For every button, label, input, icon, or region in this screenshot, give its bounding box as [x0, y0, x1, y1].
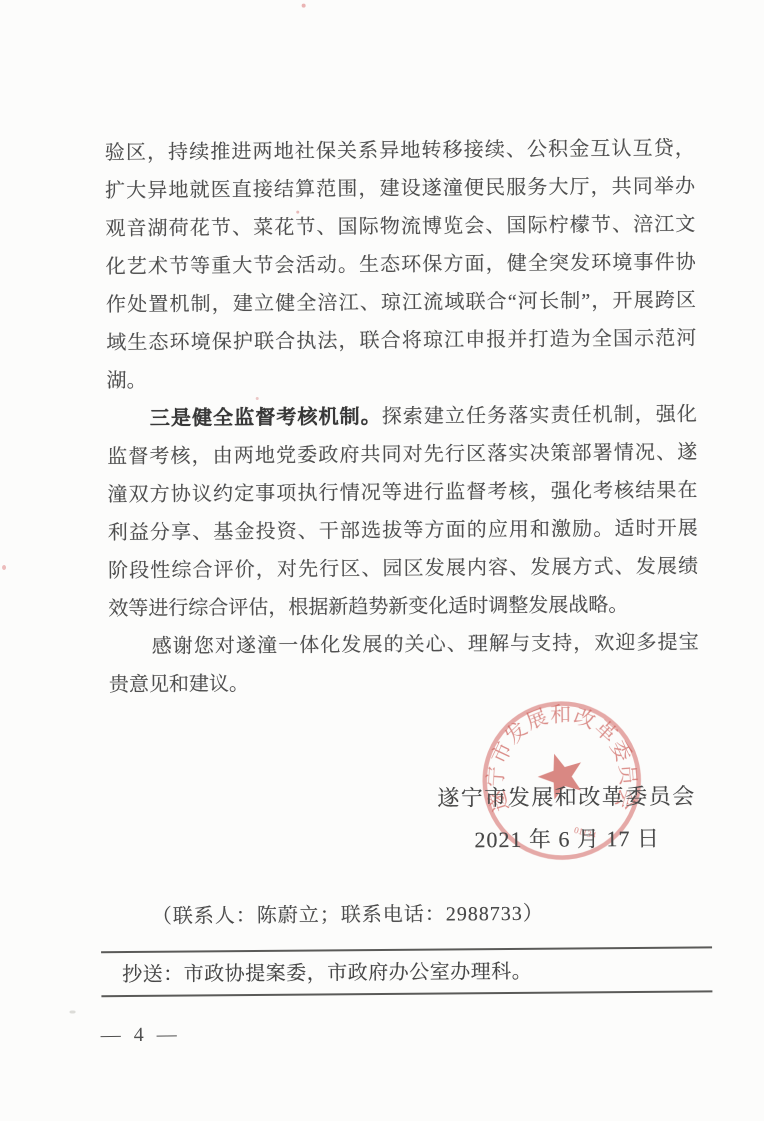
- body-line: 验区，持续推进两地社保关系异地转移接续、公积金互认互贷，: [105, 130, 695, 173]
- body-line: 利益分享、基金投资、干部选拔等方面的应用和激励。适时开展: [108, 510, 698, 553]
- contact-line: （联系人：陈蔚立；联系电话：2988733）: [152, 898, 544, 933]
- page-content: 验区，持续推进两地社保关系异地转移接续、公积金互认互贷，扩大异地就医直接结算范围…: [0, 0, 764, 1121]
- body-line: 效等进行综合评估，根据新趋势新变化适时调整发展战略。: [108, 586, 698, 629]
- paragraph-lead-bold: 三是健全监督考核机制。: [150, 406, 382, 430]
- signature-date: 2021 年 6 月 17 日: [432, 823, 702, 855]
- scanned-document-page: 验区，持续推进两地社保关系异地转移接续、公积金互认互贷，扩大异地就医直接结算范围…: [0, 0, 764, 1121]
- scan-speck: [296, 211, 299, 214]
- document-body: 验区，持续推进两地社保关系异地转移接续、公积金互认互贷，扩大异地就医直接结算范围…: [105, 130, 699, 705]
- body-line: 化艺术节等重大节会活动。生态环保方面，健全突发环境事件协: [106, 244, 696, 287]
- signature-agency: 遂宁市发展和改革委员会: [110, 782, 696, 817]
- body-line: 湖。: [106, 358, 696, 401]
- page-number: — 4 —: [101, 1021, 181, 1050]
- body-line: 监督考核，由两地党委政府共同对先行区落实决策部署情况、遂: [107, 434, 697, 477]
- footer-divider-bottom: [101, 990, 712, 997]
- body-line: 扩大异地就医直接结算范围，建设遂潼便民服务大厅，共同举办: [105, 168, 695, 211]
- body-line: 感谢您对遂潼一体化发展的关心、理解与支持，欢迎多提宝: [109, 624, 699, 667]
- scan-speck: [70, 1010, 76, 1013]
- cc-line: 抄送：市政协提案委，市政府办公室办理科。: [122, 956, 532, 991]
- body-line: 潼双方协议约定事项执行情况等进行监督考核，强化考核结果在: [107, 472, 697, 515]
- scan-speck: [2, 565, 6, 570]
- body-line: 观音湖荷花节、菜花节、国际物流博览会、国际柠檬节、涪江文: [105, 206, 695, 249]
- scan-speck: [302, 4, 306, 8]
- body-line: 三是健全监督考核机制。探索建立任务落实责任机制，强化: [107, 396, 697, 439]
- scan-speck: [256, 397, 259, 400]
- body-line: 域生态环境保护联合执法，联合将琼江申报并打造为全国示范河: [106, 320, 696, 363]
- body-line: 阶段性综合评价，对先行区、园区发展内容、发展方式、发展绩: [108, 548, 698, 591]
- footer-divider-top: [101, 946, 712, 953]
- body-line: 作处置机制，建立健全涪江、琼江流域联合“河长制”，开展跨区: [106, 282, 696, 325]
